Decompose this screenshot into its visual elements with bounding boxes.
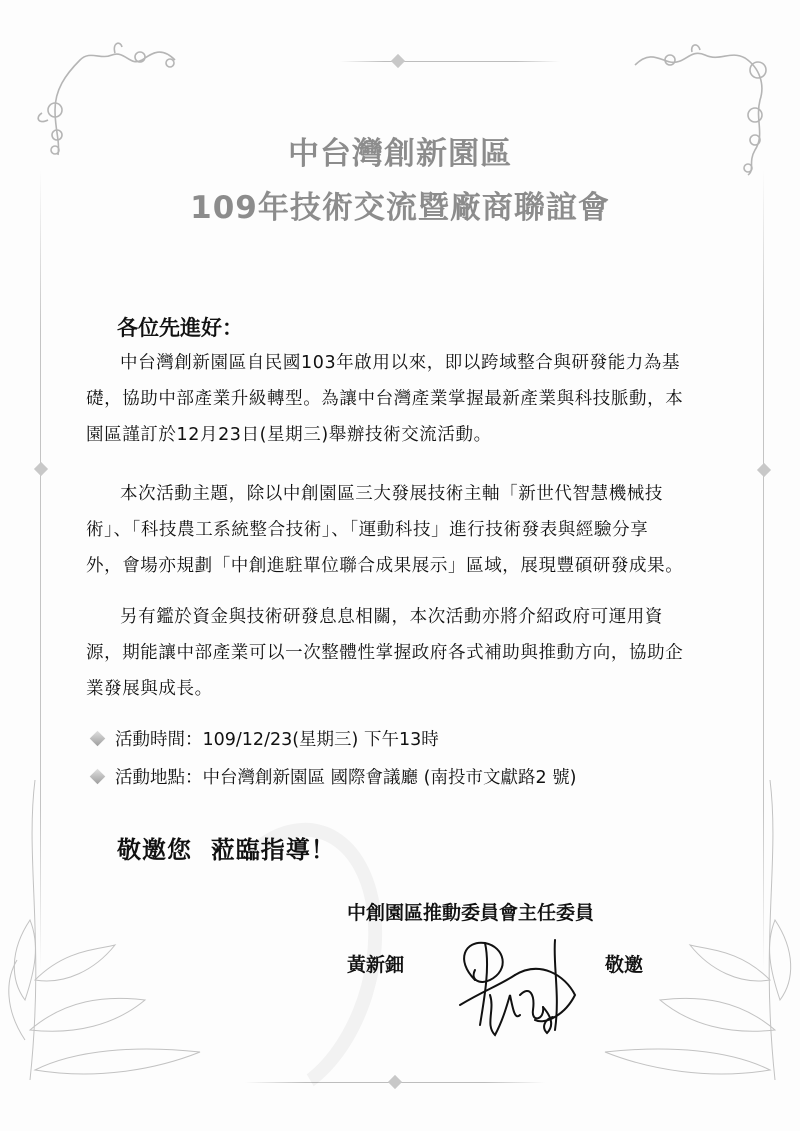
handwritten-signature-icon [455, 935, 585, 1045]
event-time-text: 活動時間：109/12/23(星期三) 下午13時 [115, 726, 439, 751]
top-frame-diamond-icon [391, 54, 405, 68]
title-line-2: 109年技術交流暨廠商聯誼會 [0, 182, 800, 227]
paragraph-line: 中台灣創新園區自民國103年啟用以來，即以跨域整合與研發能力為基 [86, 345, 704, 381]
event-time: 活動時間：109/12/23(星期三) 下午13時 [88, 726, 439, 751]
paragraph-line: 本次活動主題，除以中創園區三大發展技術主軸「新世代智慧機械技 [86, 476, 704, 512]
diamond-bullet-icon [90, 769, 106, 785]
greeting: 各位先進好： [117, 312, 243, 342]
paragraph-3: 另有鑑於資金與技術研發息息相關，本次活動亦將介紹政府可運用資 源，期能讓中部產業… [86, 599, 704, 707]
paragraph-2: 本次活動主題，除以中創園區三大發展技術主軸「新世代智慧機械技 術」、「科技農工系… [86, 476, 704, 584]
bottom-frame-diamond-icon [388, 1075, 402, 1089]
signatory-position: 中創園區推動委員會主任委員 [347, 898, 594, 925]
right-frame-diamond-icon [757, 463, 771, 477]
paragraph-line: 外，會場亦規劃「中創進駐單位聯合成果展示」區域，展現豐碩研發成果。 [86, 548, 704, 584]
paragraph-line: 源，期能讓中部產業可以一次整體性掌握政府各式補助與推動方向，協助企 [86, 635, 704, 671]
title-line-1: 中台灣創新園區 [0, 128, 800, 173]
event-location-text: 活動地點：中台灣創新園區 國際會議廳 (南投市文獻路2 號) [115, 764, 576, 789]
bottom-right-leaf-ornament-icon [600, 780, 800, 1100]
closing-invitation: 敬邀您 蒞臨指導！ [117, 830, 336, 865]
paragraph-line: 術」、「科技農工系統整合技術」、「運動科技」進行技術發表與經驗分享 [86, 512, 704, 548]
left-frame-diamond-icon [34, 462, 48, 476]
paragraph-line: 另有鑑於資金與技術研發息息相關，本次活動亦將介紹政府可運用資 [86, 599, 704, 635]
paragraph-line: 園區謹訂於12月23日(星期三)舉辦技術交流活動。 [86, 417, 704, 453]
paragraph-line: 礎，協助中部產業升級轉型。為讓中台灣產業掌握最新產業與科技脈動，本 [86, 381, 704, 417]
invitation-letter: 中台灣創新園區 109年技術交流暨廠商聯誼會 各位先進好： 中台灣創新園區自民國… [0, 0, 800, 1131]
diamond-bullet-icon [90, 731, 106, 747]
bottom-left-leaf-ornament-icon [5, 780, 205, 1100]
paragraph-1: 中台灣創新園區自民國103年啟用以來，即以跨域整合與研發能力為基 礎，協助中部產… [86, 345, 704, 453]
event-location: 活動地點：中台灣創新園區 國際會議廳 (南投市文獻路2 號) [88, 764, 576, 789]
top-frame-line [340, 61, 560, 62]
sign-off: 敬邀 [605, 950, 643, 977]
paragraph-line: 業發展與成長。 [86, 671, 704, 707]
signatory-name: 黃新鈿 [347, 950, 404, 977]
